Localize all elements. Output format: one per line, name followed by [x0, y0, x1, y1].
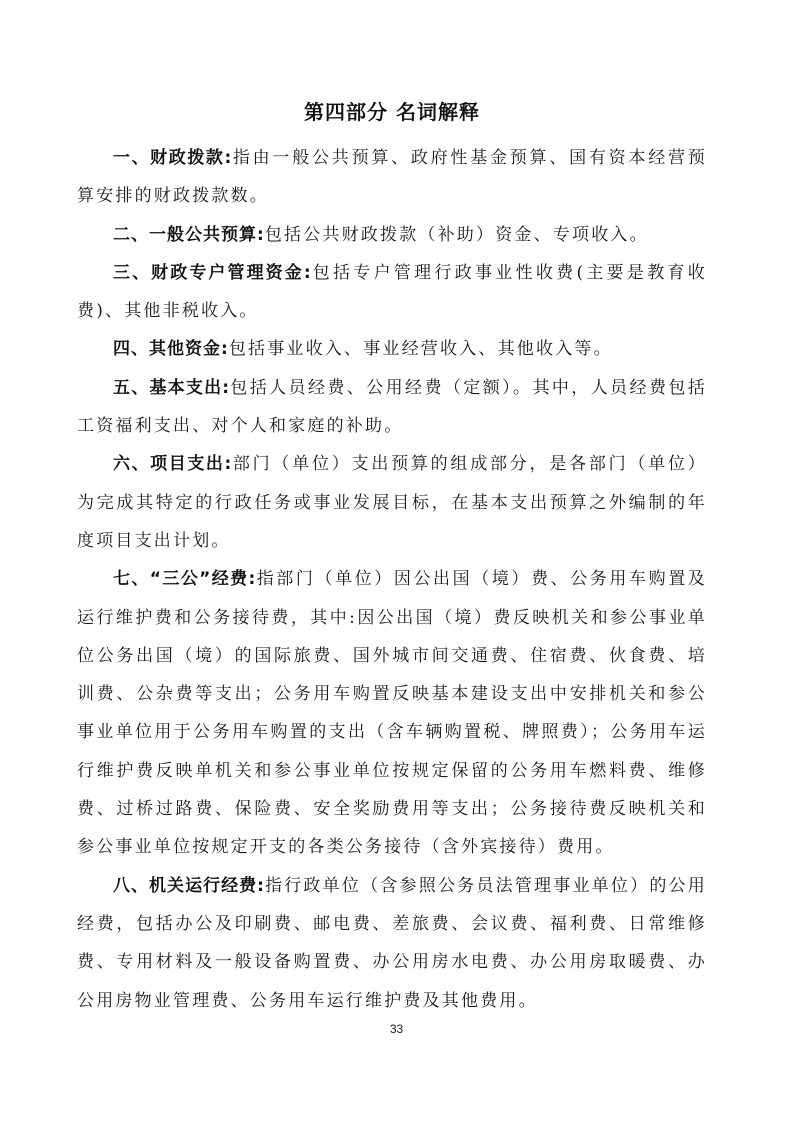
glossary-term: 四、其他资金: — [113, 339, 229, 359]
glossary-term: 八、机关运行经费: — [113, 876, 265, 896]
glossary-entry-basic-expenditure: 五、基本支出:包括人员经费、公用经费（定额）。其中，人员经费包括工资福利支出、对… — [77, 369, 707, 446]
glossary-definition: 包括事业收入、事业经营收入、其他收入等。 — [229, 339, 613, 359]
glossary-entry-fiscal-appropriation: 一、财政拨款:指由一般公共预算、政府性基金预算、国有资本经营预算安排的财政拨款数… — [77, 139, 707, 216]
glossary-definition: 指部门（单位）因公出国（境）费、公务用车购置及运行维护费和公务接待费，其中:因公… — [77, 569, 707, 857]
glossary-term: 五、基本支出: — [113, 378, 230, 398]
page-title: 第四部分 名词解释 — [77, 96, 707, 125]
page-number: 33 — [0, 1022, 793, 1036]
glossary-body: 一、财政拨款:指由一般公共预算、政府性基金预算、国有资本经营预算安排的财政拨款数… — [77, 139, 707, 1020]
glossary-term: 一、财政拨款: — [113, 148, 232, 168]
glossary-term: 六、项目支出: — [113, 454, 232, 474]
glossary-entry-project-expenditure: 六、项目支出:部门（单位）支出预算的组成部分，是各部门（单位）为完成其特定的行政… — [77, 445, 707, 560]
glossary-definition: 包括公共财政拨款（补助）资金、专项收入。 — [265, 225, 649, 245]
glossary-entry-three-public-expenses: 七、“三公”经费:指部门（单位）因公出国（境）费、公务用车购置及运行维护费和公务… — [77, 560, 707, 866]
glossary-term: 二、一般公共预算: — [113, 225, 265, 245]
glossary-term: 七、“三公”经费: — [113, 569, 256, 589]
glossary-entry-special-account-funds: 三、财政专户管理资金:包括专户管理行政事业性收费(主要是教育收费)、其他非税收入… — [77, 254, 707, 331]
glossary-entry-agency-operating-expenses: 八、机关运行经费:指行政单位（含参照公务员法管理事业单位）的公用经费，包括办公及… — [77, 867, 707, 1020]
glossary-entry-other-funds: 四、其他资金:包括事业收入、事业经营收入、其他收入等。 — [77, 330, 707, 368]
glossary-term: 三、财政专户管理资金: — [113, 263, 312, 283]
glossary-entry-general-public-budget: 二、一般公共预算:包括公共财政拨款（补助）资金、专项收入。 — [77, 216, 707, 254]
